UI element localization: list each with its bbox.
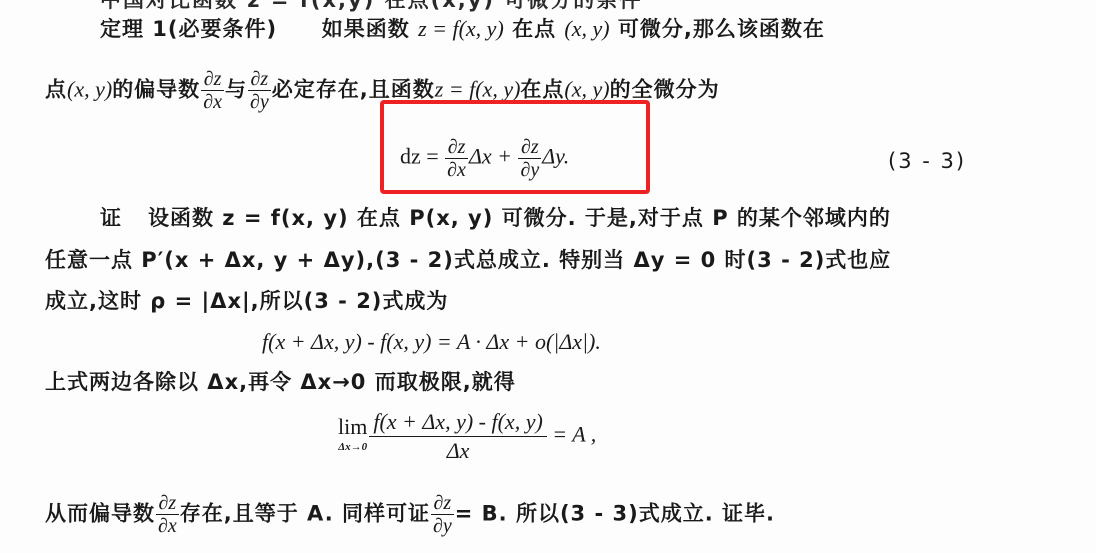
text: 在点 [512, 17, 556, 41]
text: 在点 [520, 78, 564, 102]
proof-conclusion: 从而偏导数∂z∂x存在,且等于 A. 同样可证∂z∂y= B. 所以(3 - 3… [45, 492, 775, 537]
limit-operator: limΔx→0 [338, 419, 367, 455]
numerator: ∂z [201, 68, 224, 91]
denominator: ∂x [445, 159, 468, 181]
equation-partial-increment: f(x + Δx, y) - f(x, y) = A · Δx + o(|Δx|… [262, 328, 601, 356]
partial-z-x-fraction: ∂z∂x [156, 492, 179, 537]
text: 设函数 z = f(x, y) 在点 P(x, y) 可微分. 于是,对于点 P… [148, 206, 891, 230]
theorem-line-1: 定理 1(必要条件) 如果函数 z = f(x, y) 在点 (x, y) 可微… [100, 15, 825, 43]
text: 的偏导数 [112, 78, 200, 102]
equation-number: (3 - 3) [888, 147, 966, 175]
eq-term-y: Δy. [542, 144, 569, 169]
limit-equation: limΔx→0f(x + Δx, y) - f(x, y)Δx = A , [338, 408, 596, 465]
text: 如果函数 [322, 17, 410, 41]
numerator: f(x + Δx, y) - f(x, y) [369, 408, 546, 437]
denominator: ∂y [248, 91, 271, 113]
partial-z-y-fraction: ∂z∂y [431, 492, 454, 537]
numerator: ∂z [248, 68, 271, 91]
proof-line-2: 任意一点 P′(x + Δx, y + Δy),(3 - 2)式总成立. 特别当… [45, 246, 891, 274]
text: 必定存在,且函数 [272, 78, 435, 102]
text: 点 [45, 78, 67, 102]
denominator: ∂y [518, 159, 541, 181]
lim-subscript: Δx→0 [338, 439, 367, 455]
math-point: (x, y) [564, 16, 609, 41]
limit-rhs: = A , [552, 422, 596, 447]
text: 可微分,那么该函数在 [618, 17, 825, 41]
eq-fraction-x: ∂z∂x [445, 136, 468, 181]
cut-off-top-line: 中国对比函数 z = f(x,y) 在点(x,y) 可微分的条件 [100, 0, 642, 14]
proof-line-4: 上式两边各除以 Δx,再令 Δx→0 而取极限,就得 [45, 368, 516, 396]
numerator: ∂z [431, 492, 454, 515]
denominator: Δx [369, 437, 546, 465]
limit-fraction: f(x + Δx, y) - f(x, y)Δx [369, 408, 546, 465]
math-point: (x, y) [67, 77, 112, 102]
text: = B. 所以(3 - 3)式成立. 证毕. [455, 502, 775, 526]
proof-line-1: 证设函数 z = f(x, y) 在点 P(x, y) 可微分. 于是,对于点 … [100, 204, 891, 232]
proof-line-3: 成立,这时 ρ = |Δx|,所以(3 - 2)式成为 [45, 287, 448, 315]
eq-term-x: Δx + [469, 144, 512, 169]
denominator: ∂x [201, 91, 224, 113]
proof-label: 证 [100, 206, 122, 230]
eq-lhs: dz = [400, 144, 439, 169]
text: 与 [225, 78, 247, 102]
text: 的全微分为 [610, 78, 720, 102]
denominator: ∂y [431, 515, 454, 537]
theorem-label: 定理 1(必要条件) [100, 17, 277, 41]
denominator: ∂x [156, 515, 179, 537]
numerator: ∂z [156, 492, 179, 515]
partial-z-y-fraction: ∂z∂y [248, 68, 271, 113]
eq-fraction-y: ∂z∂y [518, 136, 541, 181]
lim-word: lim [338, 419, 367, 435]
text: 从而偏导数 [45, 502, 155, 526]
math-point: (x, y) [564, 77, 609, 102]
math-function: z = f(x, y) [418, 16, 504, 41]
partial-z-x-fraction: ∂z∂x [201, 68, 224, 113]
numerator: ∂z [518, 136, 541, 159]
numerator: ∂z [445, 136, 468, 159]
math-function: z = f(x, y) [435, 77, 521, 102]
text: 存在,且等于 A. 同样可证 [180, 502, 430, 526]
total-differential-equation: dz = ∂z∂xΔx + ∂z∂yΔy. [400, 136, 569, 181]
